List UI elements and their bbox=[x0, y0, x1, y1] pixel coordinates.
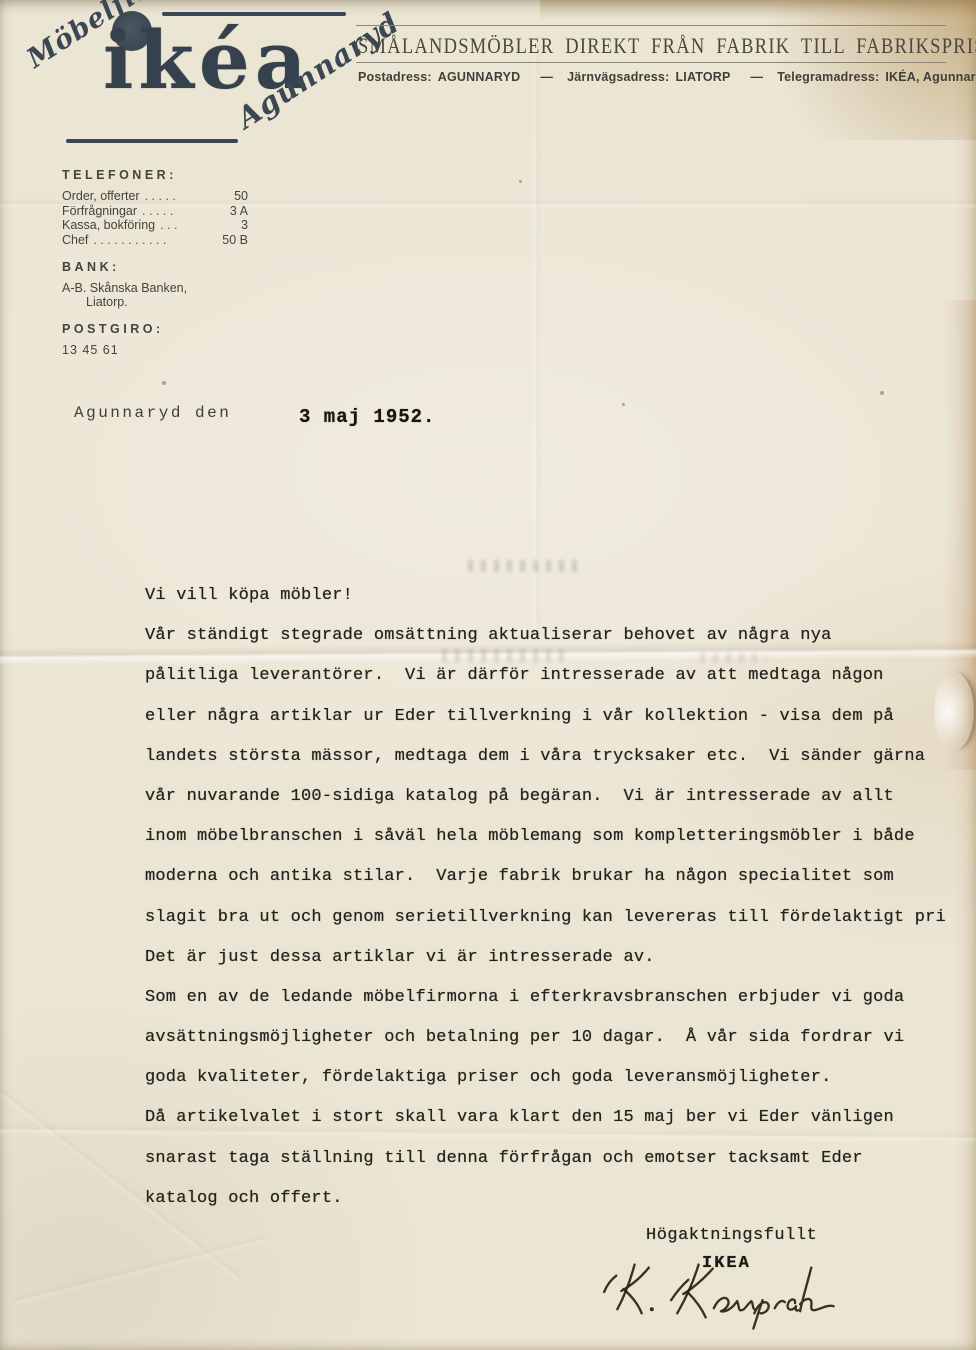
bank-name: A-B. Skånska Banken, bbox=[62, 281, 248, 295]
body-line: avsättningsmöjligheter och betalning per… bbox=[145, 1028, 976, 1068]
dateline-place: Agunnaryd den bbox=[74, 404, 231, 422]
body-line: eller några artiklar ur Eder tillverknin… bbox=[145, 707, 976, 747]
postal-address-value: AGUNNARYD bbox=[438, 70, 521, 84]
ink-showthrough-smudge bbox=[468, 560, 580, 572]
phone-number: 3 bbox=[241, 218, 248, 233]
logo-rule-bottom bbox=[66, 139, 238, 143]
phone-row: Order, offerter . . . . . 50 bbox=[62, 189, 248, 204]
paper-fold-crease bbox=[530, 36, 542, 636]
ink-speck bbox=[162, 381, 166, 385]
phone-number: 3 A bbox=[230, 204, 248, 219]
phone-number: 50 B bbox=[222, 233, 248, 248]
ink-speck bbox=[880, 391, 884, 395]
bank-block: BANK: A-B. Skånska Banken, Liatorp. bbox=[62, 260, 248, 309]
masthead-address-line: Postadress:AGUNNARYD—Järnvägsadress:LIAT… bbox=[358, 70, 958, 84]
bank-title: BANK: bbox=[62, 260, 248, 274]
address-separator: — bbox=[751, 70, 764, 84]
body-line: landets största mässor, medtaga dem i vå… bbox=[145, 747, 976, 787]
address-separator: — bbox=[540, 70, 553, 84]
body-line: Som en av de ledande möbelfirmorna i eft… bbox=[145, 988, 976, 1028]
postgiro-title: POSTGIRO: bbox=[62, 322, 248, 336]
railway-address-value: LIATORP bbox=[675, 70, 730, 84]
contact-block: TELEFONER: Order, offerter . . . . . 50 … bbox=[62, 168, 248, 357]
body-line: Det är just dessa artiklar vi är intress… bbox=[145, 948, 976, 988]
masthead-rule-top bbox=[356, 25, 946, 26]
body-line: katalog och offert. bbox=[145, 1189, 976, 1229]
bank-city: Liatorp. bbox=[86, 295, 248, 309]
telegram-address-value: IKÉA, Agunnaryd bbox=[885, 70, 976, 84]
masthead-rule-bottom bbox=[356, 62, 946, 63]
body-line: inom möbelbranschen i såväl hela möblema… bbox=[145, 827, 976, 867]
phone-row: Förfrågningar . . . . . 3 A bbox=[62, 204, 248, 219]
paper-wrinkle bbox=[13, 1234, 268, 1307]
ink-speck bbox=[519, 180, 522, 183]
phone-number: 50 bbox=[234, 189, 248, 204]
body-line: Då artikelvalet i stort skall vara klart… bbox=[145, 1108, 976, 1148]
postgiro-number: 13 45 61 bbox=[62, 343, 248, 357]
phone-label: Förfrågningar bbox=[62, 204, 137, 219]
postgiro-block: POSTGIRO: 13 45 61 bbox=[62, 322, 248, 357]
typed-date: 3 maj 1952. bbox=[299, 406, 435, 428]
body-line: slagit bra ut och genom serietillverknin… bbox=[145, 908, 976, 948]
phone-row: Chef . . . . . . . . . . . 50 B bbox=[62, 233, 248, 248]
dot-leader: . . . . . bbox=[145, 189, 230, 204]
railway-address-label: Järnvägsadress: bbox=[567, 70, 669, 84]
phone-label: Chef bbox=[62, 233, 88, 248]
closing-valediction: Högaktningsfullt bbox=[646, 1226, 817, 1245]
dot-leader: . . . bbox=[160, 218, 236, 233]
paper-stain-top-edge bbox=[540, 0, 976, 20]
body-line: Vår ständigt stegrade omsättning aktuali… bbox=[145, 626, 976, 666]
masthead-tagline: SMÅLANDSMÖBLER DIREKT FRÅN FABRIK TILL F… bbox=[358, 33, 976, 59]
ink-speck bbox=[622, 403, 625, 406]
body-line: pålitliga leverantörer. Vi är därför int… bbox=[145, 666, 976, 706]
handwritten-signature bbox=[596, 1254, 860, 1332]
dot-leader: . . . . . . . . . . . bbox=[93, 233, 217, 248]
phone-label: Kassa, bokföring bbox=[62, 218, 155, 233]
phones-title: TELEFONER: bbox=[62, 168, 248, 182]
phone-label: Order, offerter bbox=[62, 189, 140, 204]
body-line: snarast taga ställning till denna förfrå… bbox=[145, 1149, 976, 1189]
body-line: vår nuvarande 100-sidiga katalog på begä… bbox=[145, 787, 976, 827]
body-line: Vi vill köpa möbler! bbox=[145, 586, 976, 626]
letter-body: Vi vill köpa möbler! Vår ständigt stegra… bbox=[145, 586, 976, 1229]
phone-row: Kassa, bokföring . . . 3 bbox=[62, 218, 248, 233]
body-line: moderna och antika stilar. Varje fabrik … bbox=[145, 867, 976, 907]
letter-page: Möbelfirman ikéa Agunnaryd SMÅLANDSMÖBLE… bbox=[0, 0, 976, 1350]
telegram-address-label: Telegramadress: bbox=[777, 70, 879, 84]
dot-leader: . . . . . bbox=[142, 204, 225, 219]
postal-address-label: Postadress: bbox=[358, 70, 432, 84]
body-line: goda kvaliteter, fördelaktiga priser och… bbox=[145, 1068, 976, 1108]
